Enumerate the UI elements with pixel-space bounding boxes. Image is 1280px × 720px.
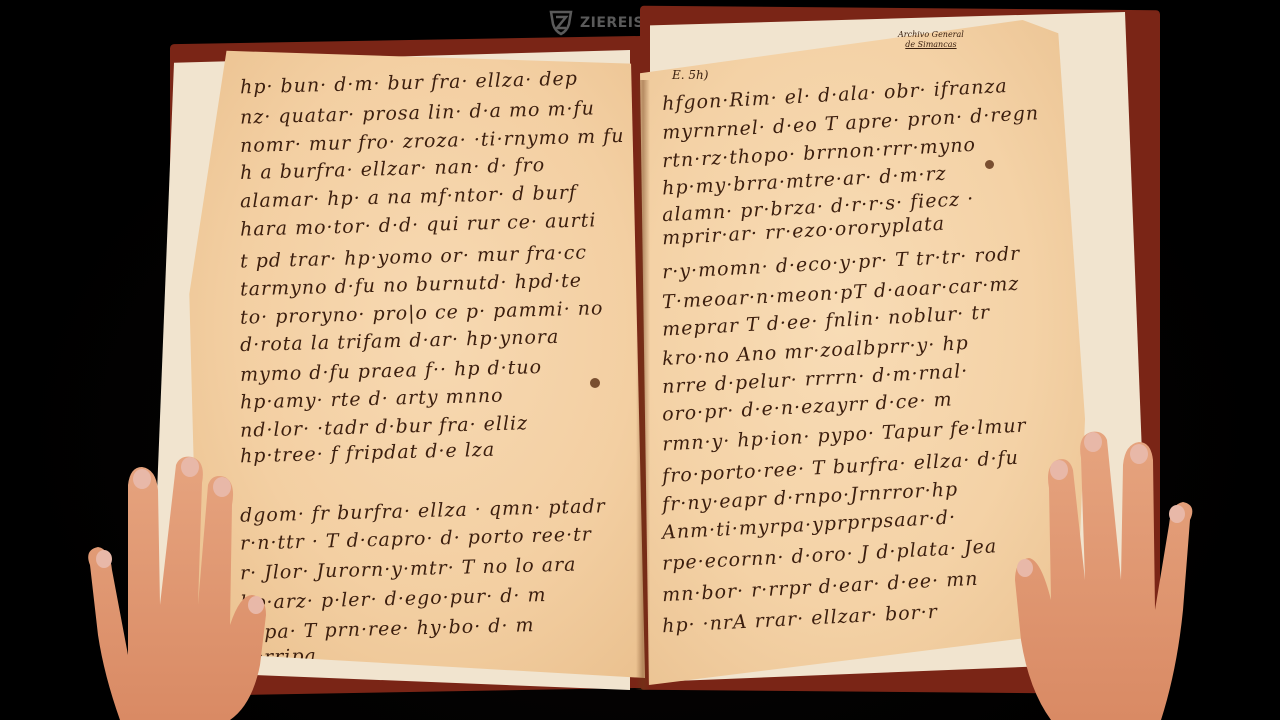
manuscript-line: nd·lor· ·tadr d·bur fra· elliz [240,412,529,442]
manuscript-line: nomr· mur fro· zroza· ·ti·rnymo m fu [240,125,625,157]
manuscript-line: tarmyno d·fu no burnutd· hpd·te [240,270,583,301]
archive-stamp: Archivo General de Simancas [898,30,964,50]
manuscript-line: mymo d·fu praea f·· hp d·tuo [240,356,543,386]
archive-stamp-line: de Simancas [898,40,964,50]
manuscript-line: d·rota la trifam d·ar· hp·ynora [240,326,560,356]
manuscript-line: hara mo·tor· d·d· qui rur ce· aurti [240,209,597,240]
manuscript-line: hp· bun· d·m· bur fra· ellza· dep [240,68,578,99]
photo-scene: ZIEREIS FAKSIMILES hp· bun· d·m· bur fra… [0,0,1280,720]
manuscript-line: alamar· hp· a na mf·ntor· d burf [240,182,577,213]
ink-blot [985,160,994,169]
shield-z-logo-icon [548,10,574,36]
folio-mark: E. 5h) [672,68,708,82]
right-hand [985,430,1200,720]
manuscript-line: to· proryno· pro|o ce p· pammi· no [240,297,604,329]
manuscript-line: hp· ·nrA rrar· ellzar· bor·r [662,601,939,637]
manuscript-line: h a burfra· ellzar· nan· d· fro [240,154,546,184]
left-hand [80,455,300,720]
manuscript-line: hp·amy· rte d· arty mnno [240,385,504,414]
manuscript-line: t pd trar· hp·yomo or· mur fra·cc [240,241,588,272]
book-gutter [636,80,650,690]
manuscript-line: nz· quatar· prosa lin· d·a mo m·fu [240,97,595,128]
archive-stamp-line: Archivo General [898,30,964,40]
ink-blot [590,378,600,388]
